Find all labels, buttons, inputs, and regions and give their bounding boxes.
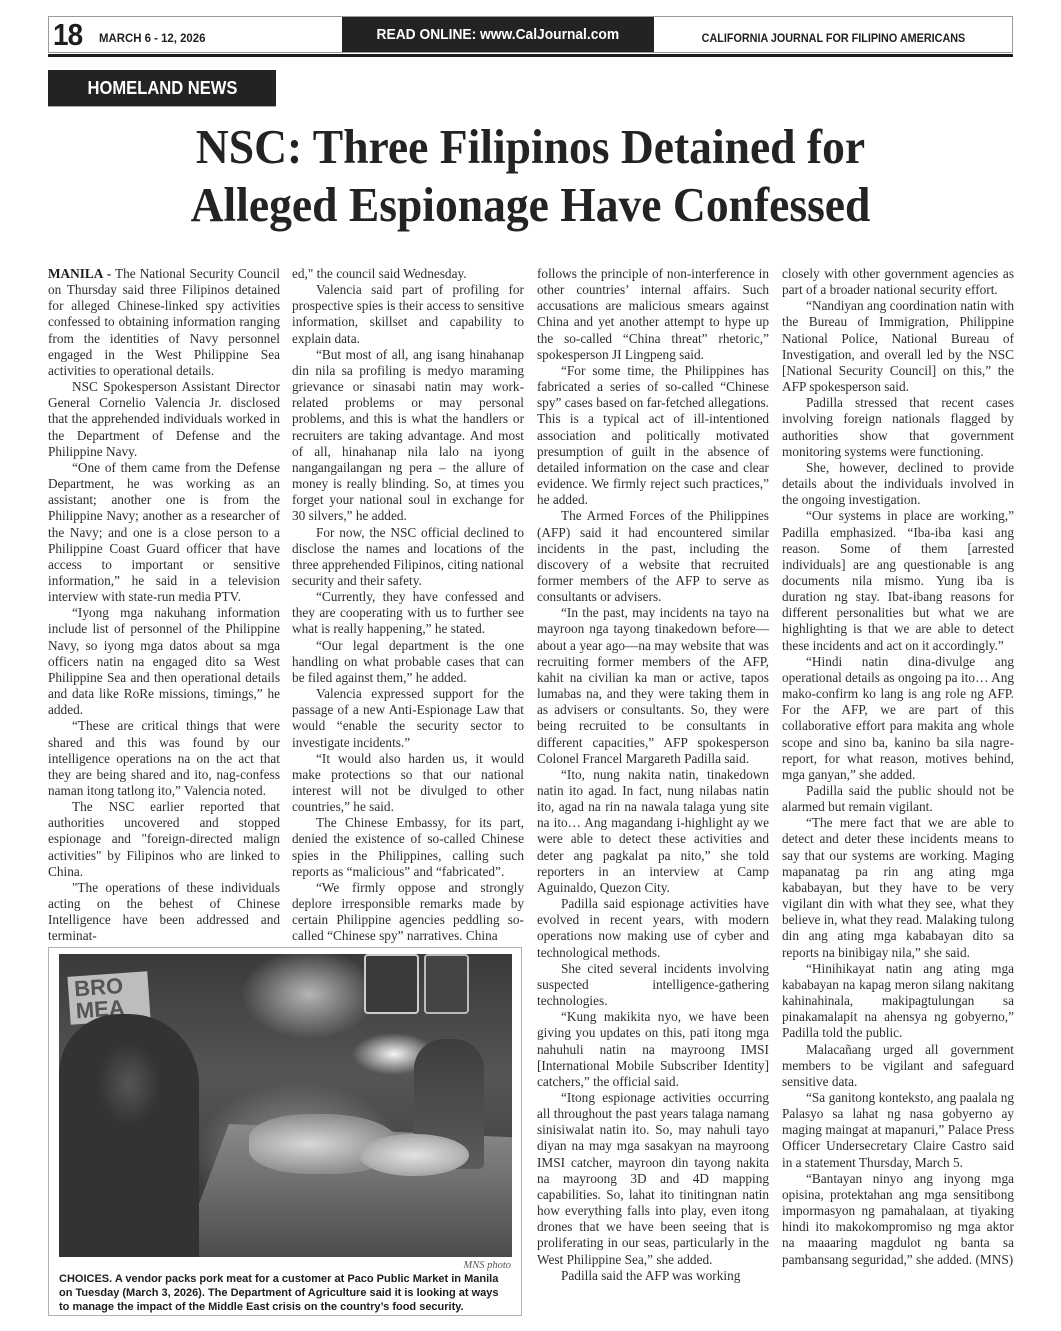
- article-paragraph: Valencia said part of profiling for pros…: [292, 282, 524, 347]
- section-label: HOMELAND NEWS: [48, 70, 276, 107]
- article-paragraph: “It would also harden us, it would make …: [292, 751, 524, 816]
- headline-line-1: NSC: Three Filipinos Detained for: [82, 118, 979, 176]
- article-paragraph: Padilla said espionage activities have e…: [537, 896, 769, 961]
- article-paragraph: “Hinihikayat natin ang ating mga kababay…: [782, 961, 1014, 1042]
- dateline: MANILA -: [48, 266, 111, 281]
- article-paragraph: "The operations of these individuals act…: [48, 880, 280, 945]
- article-paragraph: “Itong espionage activities occurring al…: [537, 1090, 769, 1268]
- scale-keypad: [424, 954, 469, 1014]
- article-paragraph: ed," the council said Wednesday.: [292, 266, 524, 282]
- article-paragraph: Valencia expressed support for the passa…: [292, 686, 524, 751]
- article-column-3: follows the principle of non-interferenc…: [537, 266, 769, 1284]
- publication-name: CALIFORNIA JOURNAL FOR FILIPINO AMERICAN…: [701, 31, 965, 45]
- article-paragraph: “These are critical things that were sha…: [48, 718, 280, 799]
- article-paragraph: Padilla stressed that recent cases invol…: [782, 395, 1014, 460]
- read-online-banner[interactable]: READ ONLINE: www.CalJournal.com: [342, 17, 654, 52]
- publication-name-box: CALIFORNIA JOURNAL FOR FILIPINO AMERICAN…: [654, 17, 1012, 52]
- article-paragraph: “Our legal department is the one handlin…: [292, 638, 524, 686]
- page-info: 18 MARCH 6 - 12, 2026: [49, 17, 342, 52]
- article-paragraph: “But most of all, ang isang hinahanap di…: [292, 347, 524, 525]
- page-number: 18: [53, 17, 82, 53]
- article-paragraph: “Bantayan ninyo ang inyong mga opisina, …: [782, 1171, 1014, 1268]
- article-paragraph: The Armed Forces of the Philippines (AFP…: [537, 508, 769, 605]
- customer-figure: [59, 1014, 199, 1257]
- article-paragraph: follows the principle of non-interferenc…: [537, 266, 769, 363]
- issue-date: MARCH 6 - 12, 2026: [99, 31, 205, 45]
- article-paragraph: Malacañang urged all government members …: [782, 1042, 1014, 1090]
- article-paragraph: closely with other government agencies a…: [782, 266, 1014, 298]
- article-column-1: MANILA - The National Security Council o…: [48, 266, 280, 945]
- market-photo: BRO MEA: [59, 954, 512, 1257]
- header-divider-thick: [48, 54, 1013, 57]
- article-paragraph: “For some time, the Philippines has fabr…: [537, 363, 769, 508]
- article-paragraph: She, however, declined to provide detail…: [782, 460, 1014, 508]
- article-paragraph: For now, the NSC official declined to di…: [292, 525, 524, 590]
- photo-caption: CHOICES. A vendor packs pork meat for a …: [59, 1272, 511, 1314]
- page-header: 18 MARCH 6 - 12, 2026 READ ONLINE: www.C…: [48, 16, 1013, 52]
- photo-figure: BRO MEA MNS photo CHOICES. A vendor pack…: [48, 947, 522, 1316]
- article-paragraph: “Kung makikita nyo, we have been giving …: [537, 1009, 769, 1090]
- scale-display: [364, 954, 419, 1014]
- article-column-2: ed," the council said Wednesday. Valenci…: [292, 266, 524, 945]
- article-paragraph: “We firmly oppose and strongly deplore i…: [292, 880, 524, 945]
- article-paragraph: “Nandiyan ang coordination natin with th…: [782, 298, 1014, 395]
- read-online-link[interactable]: READ ONLINE: www.CalJournal.com: [377, 26, 620, 43]
- article-paragraph: She cited several incidents involving su…: [537, 961, 769, 1009]
- article-paragraph: Padilla said the public should not be al…: [782, 783, 1014, 815]
- section-label-text: HOMELAND NEWS: [87, 78, 237, 99]
- article-paragraph: “Currently, they have confessed and they…: [292, 589, 524, 637]
- article-paragraph: “Iyong mga nakuhang information include …: [48, 605, 280, 718]
- photo-credit: MNS photo: [59, 1259, 511, 1272]
- article-headline: NSC: Three Filipinos Detained for Allege…: [48, 118, 1013, 234]
- article-paragraph: “Hindi natin dina-divulge ang operationa…: [782, 654, 1014, 783]
- article-paragraph: “In the past, may incidents na tayo na m…: [537, 605, 769, 767]
- article-paragraph: “Ito, nung nakita natin, tinakedown nati…: [537, 767, 769, 896]
- article-column-4: closely with other government agencies a…: [782, 266, 1014, 1268]
- headline-line-2: Alleged Espionage Have Confessed: [82, 176, 979, 234]
- article-paragraph: “The mere fact that we are able to detec…: [782, 815, 1014, 960]
- article-paragraph: MANILA - The National Security Council o…: [48, 266, 280, 379]
- article-paragraph: Padilla said the AFP was working: [537, 1268, 769, 1284]
- header-divider-thin: [48, 52, 1013, 53]
- article-paragraph: “Our systems in place are working,” Padi…: [782, 508, 1014, 653]
- hanging-scale-pan: [359, 1134, 469, 1176]
- article-paragraph: NSC Spokesperson Assistant Director Gene…: [48, 379, 280, 460]
- article-paragraph: “One of them came from the Defense Depar…: [48, 460, 280, 605]
- article-paragraph: “Sa ganitong konteksto, ang paalala ng P…: [782, 1090, 1014, 1171]
- article-paragraph: The Chinese Embassy, for its part, denie…: [292, 815, 524, 880]
- article-paragraph: The NSC earlier reported that authoritie…: [48, 799, 280, 880]
